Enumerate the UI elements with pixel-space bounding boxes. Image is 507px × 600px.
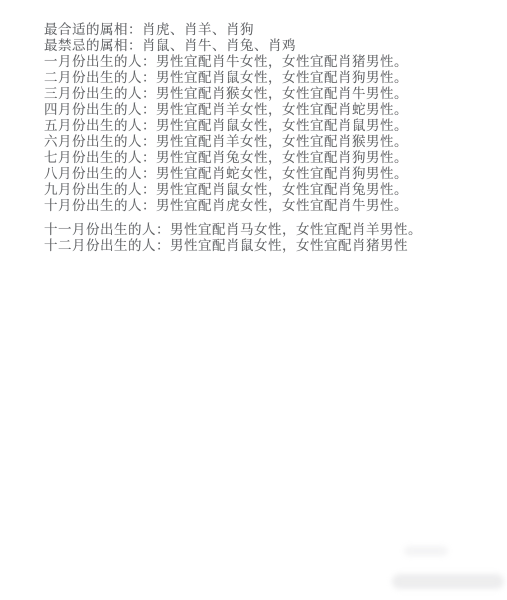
- month-label: 五月份出生的人：: [44, 118, 156, 133]
- month-label: 十一月份出生的人：: [44, 222, 170, 237]
- month-text: 男性宜配肖猴女性，女性宜配肖牛男性。: [156, 86, 408, 101]
- zodiac-article: 最合适的属相：肖虎、肖羊、肖狗 最禁忌的属相：肖鼠、肖牛、肖兔、肖鸡 一月份出生…: [0, 0, 507, 600]
- month-label: 四月份出生的人：: [44, 102, 156, 117]
- month-text: 男性宜配肖虎女性，女性宜配肖牛男性。: [156, 198, 408, 213]
- month-text: 男性宜配肖鼠女性，女性宜配肖猪男性: [170, 238, 408, 253]
- best-zodiac-label: 最合适的属相：: [44, 22, 142, 37]
- watermark-smudge: [404, 546, 448, 556]
- taboo-zodiac-line: 最禁忌的属相：肖鼠、肖牛、肖兔、肖鸡: [44, 38, 479, 54]
- month-text: 男性宜配肖鼠女性，女性宜配肖兔男性。: [156, 182, 408, 197]
- month-line: 五月份出生的人：男性宜配肖鼠女性，女性宜配肖鼠男性。: [44, 118, 479, 134]
- month-text: 男性宜配肖羊女性，女性宜配肖猴男性。: [156, 134, 408, 149]
- month-label: 一月份出生的人：: [44, 54, 156, 69]
- month-text: 男性宜配肖兔女性，女性宜配肖狗男性。: [156, 150, 408, 165]
- month-label: 七月份出生的人：: [44, 150, 156, 165]
- month-line: 四月份出生的人：男性宜配肖羊女性，女性宜配肖蛇男性。: [44, 102, 479, 118]
- month-line: 九月份出生的人：男性宜配肖鼠女性，女性宜配肖兔男性。: [44, 182, 479, 198]
- month-text: 男性宜配肖马女性，女性宜配肖羊男性。: [170, 222, 422, 237]
- month-line: 三月份出生的人：男性宜配肖猴女性，女性宜配肖牛男性。: [44, 86, 479, 102]
- month-label: 二月份出生的人：: [44, 70, 156, 85]
- best-zodiac-line: 最合适的属相：肖虎、肖羊、肖狗: [44, 22, 479, 38]
- month-label: 九月份出生的人：: [44, 182, 156, 197]
- month-line: 六月份出生的人：男性宜配肖羊女性，女性宜配肖猴男性。: [44, 134, 479, 150]
- month-line: 十一月份出生的人：男性宜配肖马女性，女性宜配肖羊男性。: [44, 222, 479, 238]
- taboo-zodiac-value: 肖鼠、肖牛、肖兔、肖鸡: [142, 38, 296, 53]
- month-text: 男性宜配肖蛇女性，女性宜配肖狗男性。: [156, 166, 408, 181]
- month-text: 男性宜配肖鼠女性，女性宜配肖鼠男性。: [156, 118, 408, 133]
- watermark-smudge: [392, 574, 504, 589]
- month-text: 男性宜配肖羊女性，女性宜配肖蛇男性。: [156, 102, 408, 117]
- month-text: 男性宜配肖牛女性，女性宜配肖猪男性。: [156, 54, 408, 69]
- month-label: 八月份出生的人：: [44, 166, 156, 181]
- month-label: 十二月份出生的人：: [44, 238, 170, 253]
- month-line: 一月份出生的人：男性宜配肖牛女性，女性宜配肖猪男性。: [44, 54, 479, 70]
- month-text: 男性宜配肖鼠女性，女性宜配肖狗男性。: [156, 70, 408, 85]
- month-line: 七月份出生的人：男性宜配肖兔女性，女性宜配肖狗男性。: [44, 150, 479, 166]
- month-label: 六月份出生的人：: [44, 134, 156, 149]
- month-label: 十月份出生的人：: [44, 198, 156, 213]
- month-line: 八月份出生的人：男性宜配肖蛇女性，女性宜配肖狗男性。: [44, 166, 479, 182]
- month-line: 十二月份出生的人：男性宜配肖鼠女性，女性宜配肖猪男性: [44, 238, 479, 254]
- best-zodiac-value: 肖虎、肖羊、肖狗: [142, 22, 254, 37]
- month-line: 二月份出生的人：男性宜配肖鼠女性，女性宜配肖狗男性。: [44, 70, 479, 86]
- month-line: 十月份出生的人：男性宜配肖虎女性，女性宜配肖牛男性。: [44, 198, 479, 214]
- month-label: 三月份出生的人：: [44, 86, 156, 101]
- taboo-zodiac-label: 最禁忌的属相：: [44, 38, 142, 53]
